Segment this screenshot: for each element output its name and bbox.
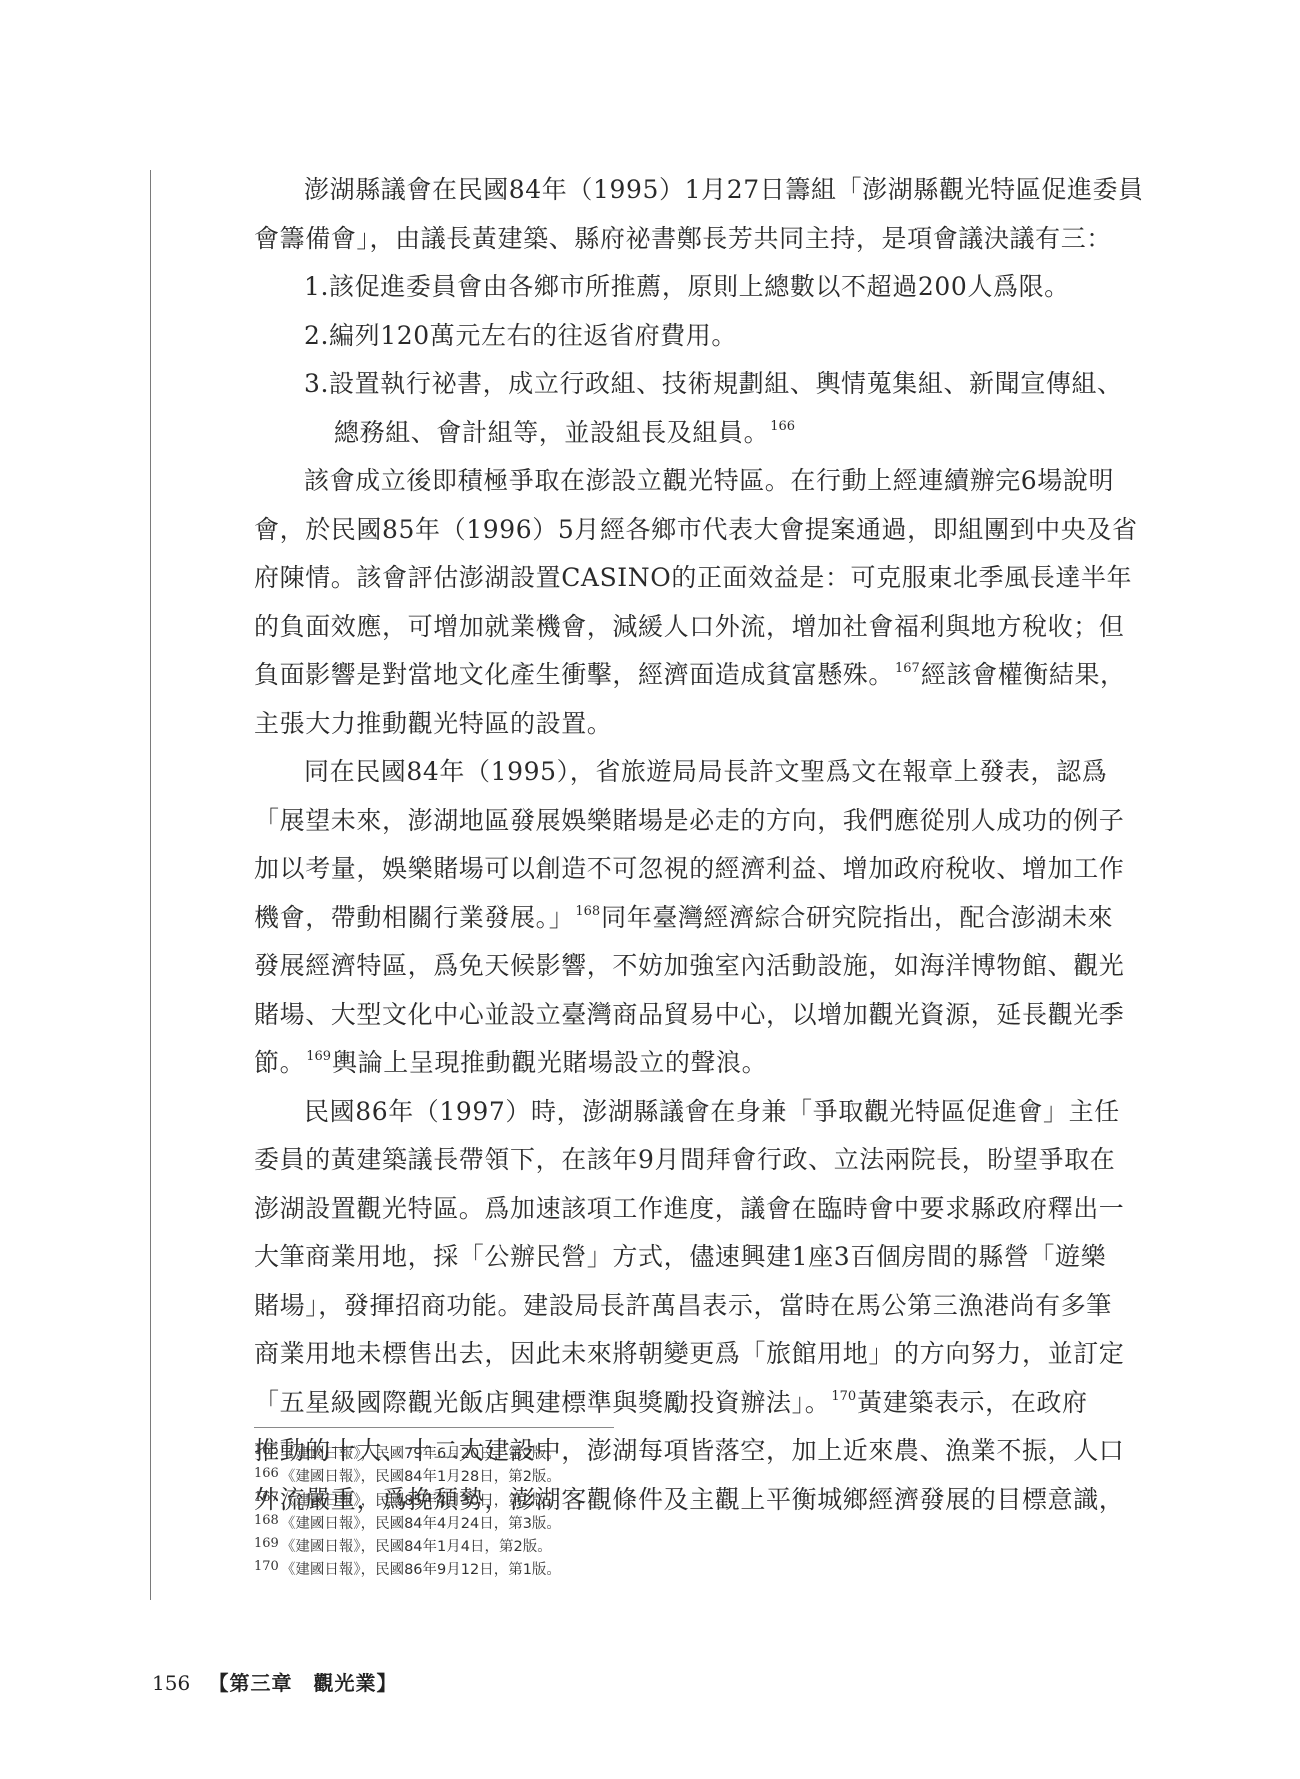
footnote-ref[interactable]: 168	[575, 904, 600, 919]
text-segment: 1.該促進委員會由各鄉市所推薦，原則上總數以不超過200人爲限。	[304, 272, 1070, 301]
footnote-text: 《建國日報》，民國79年6月20日，第2版。	[281, 1446, 561, 1462]
text-segment: 輿論上呈現推動觀光賭場設立的聲浪。	[332, 1048, 767, 1077]
footnote-ref[interactable]: 166	[770, 419, 795, 434]
text-segment: 3.設置執行祕書，成立行政組、技術規劃組、輿情蒐集組、新聞宣傳組、	[304, 369, 1123, 398]
footnote-number: 170	[254, 1559, 279, 1574]
footnote-number: 165	[254, 1443, 279, 1458]
text-line: 賭場、大型文化中心並設立臺灣商品貿易中心，以增加觀光資源，延長觀光季	[254, 991, 1134, 1040]
text-segment: 賭場」，發揮招商功能。建設局長許萬昌表示，當時在馬公第三漁港尚有多筆	[254, 1291, 1112, 1320]
text-segment: 會籌備會」，由議長黃建築、縣府祕書鄭長芳共同主持，是項會議決議有三：	[254, 224, 1112, 253]
text-segment: 負面影響是對當地文化產生衝擊，經濟面造成貧富懸殊。	[254, 660, 894, 689]
footnote-text: 《建國日報》，民國85年4月30日，第2版。	[281, 1493, 561, 1509]
text-line: 發展經濟特區，爲免天候影響，不妨加強室內活動設施，如海洋博物館、觀光	[254, 942, 1134, 991]
body-text: 澎湖縣議會在民國84年（1995）1月27日籌組「澎湖縣觀光特區促進委員會籌備會…	[254, 166, 1134, 1524]
chapter-label: 【第三章 觀光業】	[209, 1671, 398, 1695]
text-segment: 總務組、會計組等，並設組長及組員。	[334, 418, 769, 447]
footnote-text: 《建國日報》，民國86年9月12日，第1版。	[281, 1562, 561, 1578]
footnotes: 165《建國日報》，民國79年6月20日，第2版。166《建國日報》，民國84年…	[254, 1439, 854, 1579]
text-segment: 澎湖縣議會在民國84年（1995）1月27日籌組「澎湖縣觀光特區促進委員	[304, 175, 1144, 204]
text-segment: 的負面效應，可增加就業機會，減緩人口外流，增加社會福利與地方稅收；但	[254, 612, 1124, 641]
text-segment: 大筆商業用地，採「公辦民營」方式，儘速興建1座3百個房間的縣營「遊樂	[254, 1242, 1106, 1271]
footnote-ref[interactable]: 170	[831, 1389, 856, 1404]
text-line: 委員的黃建築議長帶領下，在該年9月間拜會行政、立法兩院長，盼望爭取在	[254, 1136, 1134, 1185]
footnote-divider	[254, 1427, 614, 1428]
text-line: 民國86年（1997）時，澎湖縣議會在身兼「爭取觀光特區促進會」主任	[254, 1088, 1134, 1137]
text-segment: 該會成立後即積極爭取在澎設立觀光特區。在行動上經連續辦完6場說明	[304, 466, 1114, 495]
text-line: 會籌備會」，由議長黃建築、縣府祕書鄭長芳共同主持，是項會議決議有三：	[254, 215, 1134, 264]
text-line: 1.該促進委員會由各鄉市所推薦，原則上總數以不超過200人爲限。	[254, 263, 1134, 312]
text-line: 「五星級國際觀光飯店興建標準與獎勵投資辦法」。170黃建築表示，在政府	[254, 1379, 1134, 1428]
text-segment: 澎湖設置觀光特區。爲加速該項工作進度，議會在臨時會中要求縣政府釋出一	[254, 1194, 1124, 1223]
footnote-item: 166《建國日報》，民國84年1月28日，第2版。	[254, 1462, 854, 1485]
text-segment: 「五星級國際觀光飯店興建標準與獎勵投資辦法」。	[254, 1388, 830, 1417]
text-segment: 府陳情。該會評估澎湖設置CASINO的正面效益是：可克服東北季風長達半年	[254, 563, 1132, 592]
footnote-text: 《建國日報》，民國84年1月4日，第2版。	[281, 1539, 552, 1555]
text-line: 商業用地未標售出去，因此未來將朝變更爲「旅館用地」的方向努力，並訂定	[254, 1330, 1134, 1379]
text-line: 3.設置執行祕書，成立行政組、技術規劃組、輿情蒐集組、新聞宣傳組、	[254, 360, 1134, 409]
footnote-item: 167《建國日報》，民國85年4月30日，第2版。	[254, 1486, 854, 1509]
text-segment: 委員的黃建築議長帶領下，在該年9月間拜會行政、立法兩院長，盼望爭取在	[254, 1145, 1115, 1174]
footnote-item: 165《建國日報》，民國79年6月20日，第2版。	[254, 1439, 854, 1462]
text-line: 加以考量，娛樂賭場可以創造不可忽視的經濟利益、增加政府稅收、增加工作	[254, 845, 1134, 894]
footnote-number: 167	[254, 1490, 279, 1505]
footnote-item: 170《建國日報》，民國86年9月12日，第1版。	[254, 1555, 854, 1578]
page-footer: 156 【第三章 觀光業】	[152, 1667, 398, 1696]
text-segment: 加以考量，娛樂賭場可以創造不可忽視的經濟利益、增加政府稅收、增加工作	[254, 854, 1124, 883]
text-segment: 商業用地未標售出去，因此未來將朝變更爲「旅館用地」的方向努力，並訂定	[254, 1339, 1124, 1368]
text-segment: 節。	[254, 1048, 305, 1077]
text-line: 澎湖縣議會在民國84年（1995）1月27日籌組「澎湖縣觀光特區促進委員	[254, 166, 1134, 215]
text-segment: 「展望未來，澎湖地區發展娛樂賭場是必走的方向，我們應從別人成功的例子	[254, 806, 1124, 835]
text-segment: 經該會權衡結果，	[921, 660, 1126, 689]
text-line: 的負面效應，可增加就業機會，減緩人口外流，增加社會福利與地方稅收；但	[254, 603, 1134, 652]
text-segment: 同在民國84年（1995），省旅遊局局長許文聖爲文在報章上發表，認爲	[304, 757, 1107, 786]
page-number: 156	[152, 1671, 190, 1695]
text-segment: 賭場、大型文化中心並設立臺灣商品貿易中心，以增加觀光資源，延長觀光季	[254, 1000, 1124, 1029]
text-line: 賭場」，發揮招商功能。建設局長許萬昌表示，當時在馬公第三漁港尚有多筆	[254, 1282, 1134, 1331]
footnote-ref[interactable]: 169	[306, 1049, 331, 1064]
text-line: 負面影響是對當地文化產生衝擊，經濟面造成貧富懸殊。167經該會權衡結果，	[254, 651, 1134, 700]
footnote-text: 《建國日報》，民國84年1月28日，第2版。	[281, 1469, 561, 1485]
text-line: 「展望未來，澎湖地區發展娛樂賭場是必走的方向，我們應從別人成功的例子	[254, 797, 1134, 846]
footnote-number: 168	[254, 1513, 279, 1528]
text-line: 主張大力推動觀光特區的設置。	[254, 700, 1134, 749]
text-line: 該會成立後即積極爭取在澎設立觀光特區。在行動上經連續辦完6場說明	[254, 457, 1134, 506]
footnote-item: 169《建國日報》，民國84年1月4日，第2版。	[254, 1532, 854, 1555]
text-line: 2.編列120萬元左右的往返省府費用。	[254, 312, 1134, 361]
footnote-ref[interactable]: 167	[895, 661, 920, 676]
footnote-text: 《建國日報》，民國84年4月24日，第3版。	[281, 1516, 561, 1532]
text-segment: 同年臺灣經濟綜合研究院指出，配合澎湖未來	[601, 903, 1113, 932]
text-segment: 機會，帶動相關行業發展。」	[254, 903, 574, 932]
text-segment: 發展經濟特區，爲免天候影響，不妨加強室內活動設施，如海洋博物館、觀光	[254, 951, 1124, 980]
text-line: 機會，帶動相關行業發展。」168同年臺灣經濟綜合研究院指出，配合澎湖未來	[254, 894, 1134, 943]
footnote-number: 166	[254, 1466, 279, 1481]
text-line: 會，於民國85年（1996）5月經各鄉市代表大會提案通過，即組團到中央及省	[254, 506, 1134, 555]
text-line: 澎湖設置觀光特區。爲加速該項工作進度，議會在臨時會中要求縣政府釋出一	[254, 1185, 1134, 1234]
text-segment: 主張大力推動觀光特區的設置。	[254, 709, 612, 738]
text-line: 總務組、會計組等，並設組長及組員。166	[254, 409, 1134, 458]
margin-rule	[150, 170, 151, 1600]
text-line: 同在民國84年（1995），省旅遊局局長許文聖爲文在報章上發表，認爲	[254, 748, 1134, 797]
text-segment: 2.編列120萬元左右的往返省府費用。	[304, 321, 737, 350]
text-line: 大筆商業用地，採「公辦民營」方式，儘速興建1座3百個房間的縣營「遊樂	[254, 1233, 1134, 1282]
text-segment: 民國86年（1997）時，澎湖縣議會在身兼「爭取觀光特區促進會」主任	[304, 1097, 1120, 1126]
footnote-item: 168《建國日報》，民國84年4月24日，第3版。	[254, 1509, 854, 1532]
text-line: 府陳情。該會評估澎湖設置CASINO的正面效益是：可克服東北季風長達半年	[254, 554, 1134, 603]
text-segment: 會，於民國85年（1996）5月經各鄉市代表大會提案通過，即組團到中央及省	[254, 515, 1138, 544]
text-segment: 黃建築表示，在政府	[857, 1388, 1087, 1417]
footnote-number: 169	[254, 1536, 279, 1551]
text-line: 節。169輿論上呈現推動觀光賭場設立的聲浪。	[254, 1039, 1134, 1088]
